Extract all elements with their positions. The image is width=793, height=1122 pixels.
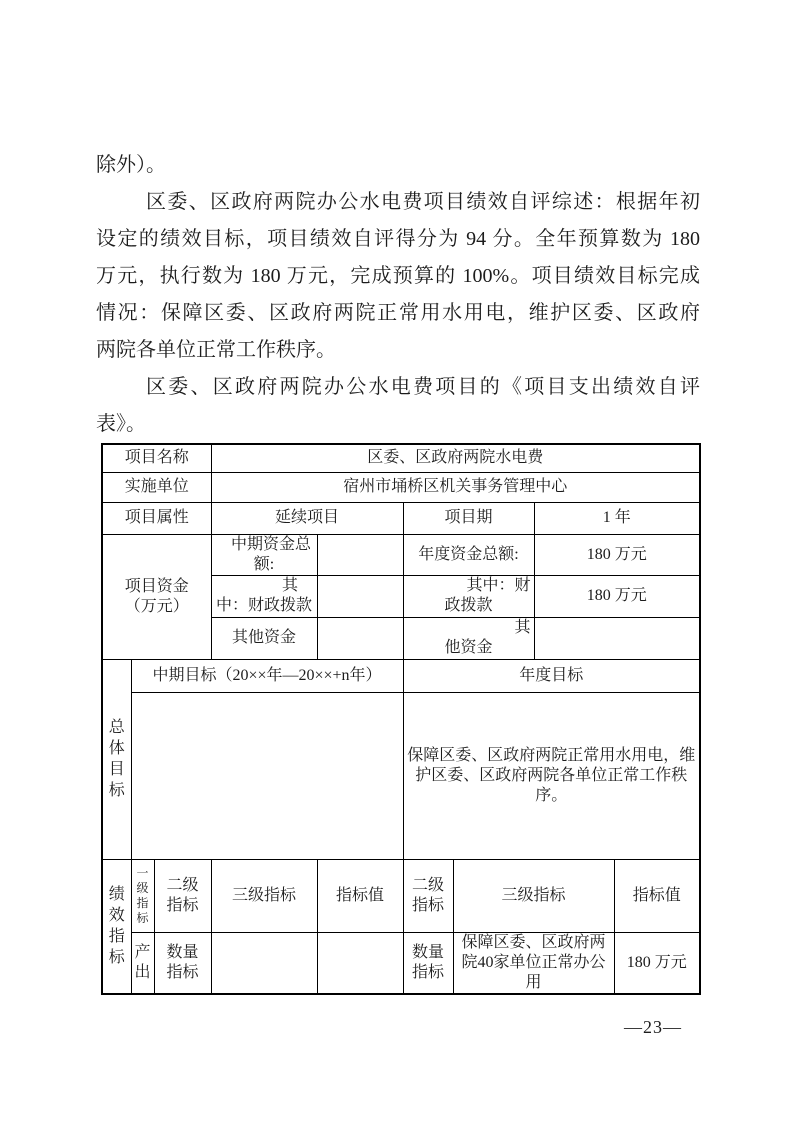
level3-header-cell: 三级指标 (211, 859, 317, 932)
qty-label-cell: 数量指标 (154, 932, 211, 994)
level1-header-cell: 一级指标 (131, 859, 154, 932)
qty-value-cell (317, 932, 403, 994)
qty-indicator-cell (211, 932, 317, 994)
body-text-line: 区委、区政府两院办公水电费项目绩效自评综述：根据年初 (96, 184, 700, 221)
annual-total-value-cell: 180 万元 (534, 534, 700, 575)
document-page: 除外）。 区委、区政府两院办公水电费项目绩效自评综述：根据年初 设定的绩效目标，… (0, 0, 793, 1122)
overall-goal-section-label-cell: 总体目标 (102, 659, 131, 859)
annual-total-label-cell: 年度资金总额: (403, 534, 534, 575)
page-number: —23— (96, 1017, 700, 1038)
mid-other-value-cell (317, 617, 403, 659)
project-attr-label-cell: 项目属性 (102, 502, 211, 534)
qty-indicator-right-cell: 保障区委、区政府两院40家单位正常办公用 (453, 932, 614, 994)
table-row: 总体目标 中期目标（20××年—20××+n年） 年度目标 (102, 659, 700, 692)
body-text-line: 表》。 (96, 406, 700, 443)
mid-total-label-cell: 中期资金总额: (211, 534, 317, 575)
table-row: 项目资金 （万元） 中期资金总额: 年度资金总额: 180 万元 (102, 534, 700, 575)
mid-total-value-cell (317, 534, 403, 575)
mid-goal-content-cell (131, 692, 403, 859)
mid-fiscal-value-cell (317, 575, 403, 617)
funds-label-line1: 项目资金 (125, 578, 189, 595)
level2-header-cell: 二级指标 (154, 859, 211, 932)
table-row: 绩效指标 一级指标 二级指标 三级指标 指标值 二级指标 三级指标 指标值 (102, 859, 700, 932)
value-header-cell: 指标值 (317, 859, 403, 932)
level2-header-right: 二级指标 (411, 876, 445, 916)
project-name-label-cell: 项目名称 (102, 444, 211, 472)
table-row: 产出 数量指标 数量指标 保障区委、区政府两院40家单位正常办公用 180 万元 (102, 932, 700, 994)
qty-value-right-cell: 180 万元 (614, 932, 700, 994)
implement-unit-label-cell: 实施单位 (102, 472, 211, 502)
level2-header-right-cell: 二级指标 (403, 859, 453, 932)
output-label-cell: 产出 (131, 932, 154, 994)
funds-label-line2: （万元） (125, 598, 189, 615)
implement-unit-value-cell: 宿州市埇桥区机关事务管理中心 (211, 472, 700, 502)
body-text-line: 设定的绩效目标，项目绩效自评得分为 94 分。全年预算数为 180 (96, 221, 700, 258)
body-text-line: 万元，执行数为 180 万元，完成预算的 100%。项目绩效目标完成 (96, 258, 700, 295)
table-row: 保障区委、区政府两院正常用水用电，维护区委、区政府两院各单位正常工作秩序。 (102, 692, 700, 859)
body-text: 除外）。 区委、区政府两院办公水电费项目绩效自评综述：根据年初 设定的绩效目标，… (96, 147, 700, 443)
annual-goal-header-cell: 年度目标 (403, 659, 700, 692)
annual-other-line1: 其 (514, 619, 530, 636)
self-evaluation-table: 项目名称 区委、区政府两院水电费 实施单位 宿州市埇桥区机关事务管理中心 项目属… (101, 443, 701, 995)
annual-fiscal-line1: 其中：财 (466, 577, 530, 594)
body-text-line: 除外）。 (96, 147, 700, 184)
perf-label: 绩效指标 (108, 884, 126, 968)
body-text-line: 两院各单位正常工作秩序。 (96, 332, 700, 369)
table-row: 项目属性 延续项目 项目期 1 年 (102, 502, 700, 534)
qty-label: 数量指标 (166, 943, 200, 983)
project-name-value-cell: 区委、区政府两院水电费 (211, 444, 700, 472)
perf-section-label-cell: 绩效指标 (102, 859, 131, 994)
output-label: 产出 (134, 943, 152, 983)
mid-fiscal-line2: 中：财政拨款 (216, 597, 312, 614)
mid-goal-header-cell: 中期目标（20××年—20××+n年） (131, 659, 403, 692)
annual-fiscal-label-cell: 其中：财 政拨款 (403, 575, 534, 617)
qty-label-right: 数量指标 (411, 943, 445, 983)
annual-other-line2: 他资金 (444, 639, 492, 656)
body-text-line: 区委、区政府两院办公水电费项目的《项目支出绩效自评 (96, 369, 700, 406)
annual-other-value-cell (534, 617, 700, 659)
value-header-right-cell: 指标值 (614, 859, 700, 932)
page-content: 除外）。 区委、区政府两院办公水电费项目绩效自评综述：根据年初 设定的绩效目标，… (96, 147, 700, 1038)
funds-section-label-cell: 项目资金 （万元） (102, 534, 211, 659)
table-row: 项目名称 区委、区政府两院水电费 (102, 444, 700, 472)
body-text-line: 情况：保障区委、区政府两院正常用水用电，维护区委、区政府 (96, 295, 700, 332)
annual-fiscal-line2: 政拨款 (444, 597, 492, 614)
project-attr-value-cell: 延续项目 (211, 502, 403, 534)
mid-fiscal-line1: 其 (282, 577, 298, 594)
project-period-value-cell: 1 年 (534, 502, 700, 534)
annual-fiscal-value-cell: 180 万元 (534, 575, 700, 617)
qty-label-right-cell: 数量指标 (403, 932, 453, 994)
annual-other-label-cell: 其 他资金 (403, 617, 534, 659)
table-row: 实施单位 宿州市埇桥区机关事务管理中心 (102, 472, 700, 502)
mid-other-label-cell: 其他资金 (211, 617, 317, 659)
level2-header: 二级指标 (166, 876, 200, 916)
level1-header: 一级指标 (136, 866, 150, 926)
mid-fiscal-label-cell: 其 中：财政拨款 (211, 575, 317, 617)
annual-goal-content-cell: 保障区委、区政府两院正常用水用电，维护区委、区政府两院各单位正常工作秩序。 (403, 692, 700, 859)
project-period-label-cell: 项目期 (403, 502, 534, 534)
overall-goal-label: 总体目标 (108, 717, 126, 801)
level3-header-right-cell: 三级指标 (453, 859, 614, 932)
